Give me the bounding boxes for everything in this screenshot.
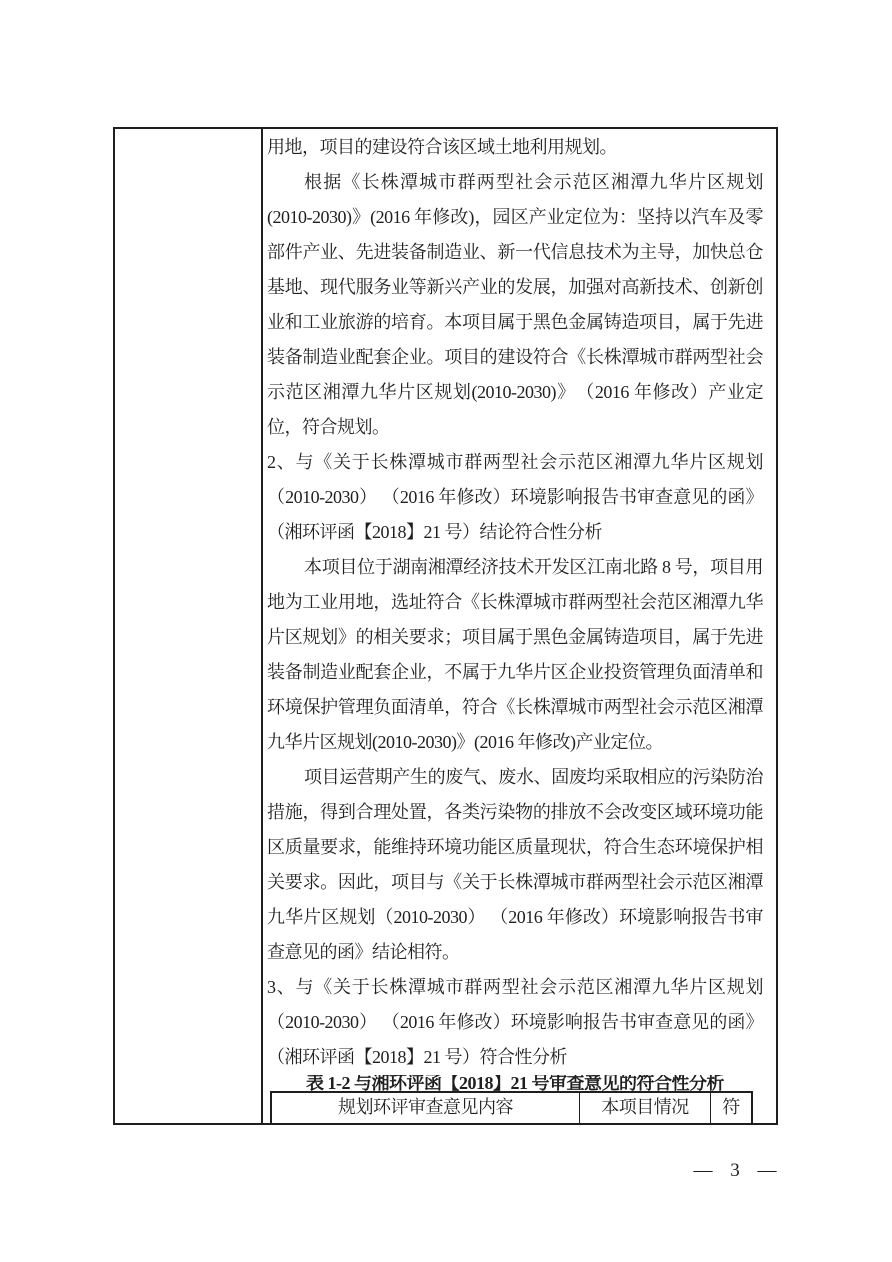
text-line: 本项目位于湖南湘潭经济技术开发区江南北路 8 号，项目用 [267,550,763,585]
left-label-column [115,129,263,1123]
text-line: 示范区湘潭九华片区规划(2010-2030)》 （2016 年修改）产业定 [267,375,763,410]
compliance-table: 规划环评审查意见内容 本项目情况 符 [270,1091,753,1123]
text-line: （2010-2030） （2016 年修改）环境影响报告书审查意见的函》 [267,480,763,515]
report-frame: 用地，项目的建设符合该区域土地利用规划。根据《长株潭城市群两型社会示范区湘潭九华… [113,127,778,1125]
text-line: 位，符合规划。 [267,410,763,445]
text-line: (2010-2030)》(2016 年修改)，园区产业定位为：坚持以汽车及零 [267,200,763,235]
page-number: — 3 — [691,1160,779,1182]
text-line: 九华片区规划(2010-2030)》(2016 年修改)产业定位。 [267,725,763,760]
text-line: 3、与《关于长株潭城市群两型社会示范区湘潭九华片区规划 [267,970,763,1005]
col-header-review-content: 规划环评审查意见内容 [272,1093,580,1123]
text-line: 环境保护管理负面清单，符合《长株潭城市两型社会示范区湘潭 [267,690,763,725]
text-line: 项目运营期产生的废气、废水、固废均采取相应的污染防治 [267,760,763,795]
text-line: 用地，项目的建设符合该区域土地利用规划。 [267,130,763,165]
col-header-project-status: 本项目情况 [580,1093,711,1123]
text-line: （2010-2030） （2016 年修改）环境影响报告书审查意见的函》 [267,1005,763,1040]
content-column: 用地，项目的建设符合该区域土地利用规划。根据《长株潭城市群两型社会示范区湘潭九华… [263,129,776,1123]
text-line: 区质量要求，能维持环境功能区质量现状，符合生态环境保护相 [267,830,763,865]
text-line: 地为工业用地，选址符合《长株潭城市群两型社会范区湘潭九华 [267,585,763,620]
text-line: （湘环评函【2018】21 号）结论符合性分析 [267,515,763,550]
text-line: 片区规划》的相关要求；项目属于黑色金属铸造项目，属于先进 [267,620,763,655]
text-line: 部件产业、先进装备制造业、新一代信息技术为主导，加快总仓 [267,235,763,270]
col-header-conformity: 符 [711,1093,751,1123]
text-line: 业和工业旅游的培育。本项目属于黑色金属铸造项目，属于先进 [267,305,763,340]
table-caption: 表 1-2 与湘环评函【2018】21 号审查意见的符合性分析 [267,1075,763,1091]
text-line: 装备制造业配套企业。项目的建设符合《长株潭城市群两型社会 [267,340,763,375]
text-line: 基地、现代服务业等新兴产业的发展，加强对高新技术、创新创 [267,270,763,305]
text-line: 关要求。因此，项目与《关于长株潭城市群两型社会示范区湘潭 [267,865,763,900]
text-line: 装备制造业配套企业，不属于九华片区企业投资管理负面清单和 [267,655,763,690]
text-line: （湘环评函【2018】21 号）符合性分析 [267,1040,763,1075]
document-page: 用地，项目的建设符合该区域土地利用规划。根据《长株潭城市群两型社会示范区湘潭九华… [0,0,892,1262]
text-line: 2、与《关于长株潭城市群两型社会示范区湘潭九华片区规划 [267,445,763,480]
text-line: 查意见的函》结论相符。 [267,935,763,970]
text-line: 根据《长株潭城市群两型社会示范区湘潭九华片区规划 [267,165,763,200]
text-line: 措施，得到合理处置，各类污染物的排放不会改变区域环境功能 [267,795,763,830]
body-text: 用地，项目的建设符合该区域土地利用规划。根据《长株潭城市群两型社会示范区湘潭九华… [267,130,763,1075]
text-line: 九华片区规划（2010-2030） （2016 年修改）环境影响报告书审 [267,900,763,935]
